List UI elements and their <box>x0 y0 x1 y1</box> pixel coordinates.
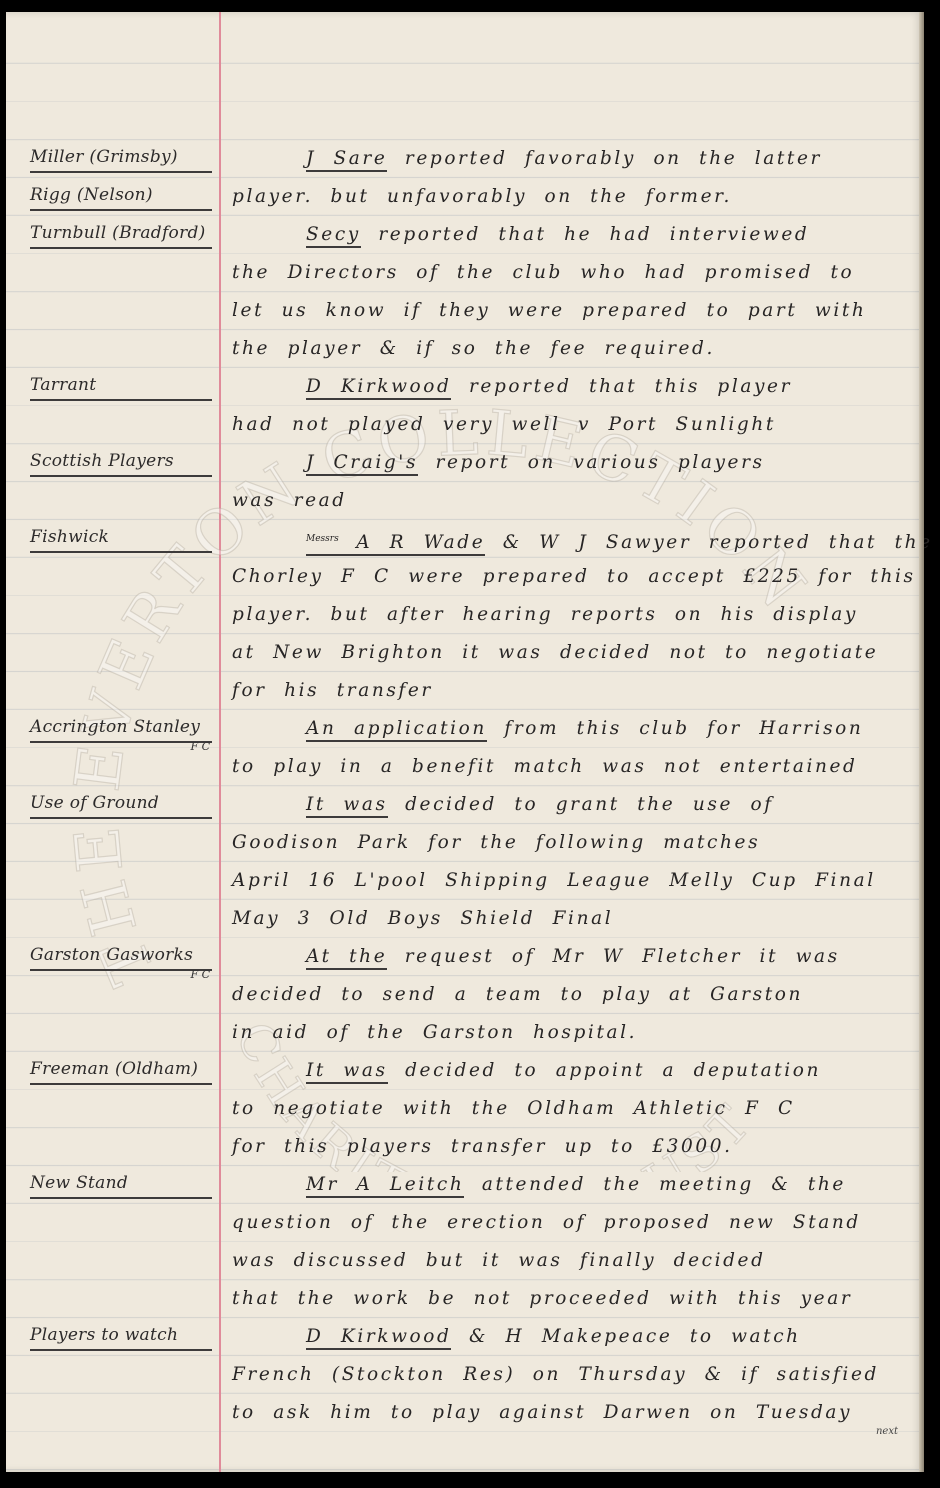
minute-line: May 3 Old Boys Shield Final <box>232 906 908 932</box>
minute-row: was read <box>6 484 924 522</box>
minute-text: reported that he had interviewed <box>361 224 810 245</box>
margin-heading: Rigg (Nelson) <box>30 182 212 211</box>
minute-text: attended the meeting & the <box>464 1174 846 1195</box>
minute-text: request of Mr W Fletcher it was <box>387 946 840 967</box>
minute-line: the Directors of the club who had promis… <box>232 260 908 286</box>
minute-row: Goodison Park for the following matches <box>6 826 924 864</box>
minute-line: It was decided to grant the use of <box>306 792 908 818</box>
minute-text: reported favorably on the latter <box>387 148 822 169</box>
minute-row: let us know if they were prepared to par… <box>6 294 924 332</box>
minute-line: the player & if so the fee required. <box>232 336 908 362</box>
minute-line: Goodison Park for the following matches <box>232 830 908 856</box>
minute-row: April 16 L'pool Shipping League Melly Cu… <box>6 864 924 902</box>
entry-accrington-stanley: Accrington Stanley F C An application fr… <box>6 712 924 750</box>
margin-heading: Tarrant <box>30 372 212 401</box>
margin-heading: Use of Ground <box>30 790 212 819</box>
minute-row: had not played very well v Port Sunlight <box>6 408 924 446</box>
minute-text: from this club for Harrison <box>487 718 864 739</box>
minute-text: reported that this player <box>451 376 792 397</box>
entry-miller: Miller (Grimsby) J Sare reported favorab… <box>6 142 924 180</box>
margin-heading: Fishwick <box>30 524 212 553</box>
minute-subject: J Sare <box>306 148 387 172</box>
minute-subject: An application <box>306 718 487 742</box>
minute-text: & H Makepeace to watch <box>451 1326 800 1347</box>
minute-row: decided to send a team to play at Garsto… <box>6 978 924 1016</box>
margin-heading: Turnbull (Bradford) <box>30 220 212 249</box>
minute-text: decided to grant the use of <box>388 794 774 815</box>
minute-text: decided to appoint a deputation <box>388 1060 821 1081</box>
minute-line: had not played very well v Port Sunlight <box>232 412 908 438</box>
minute-subject: J Craig's <box>306 452 418 476</box>
minute-line: It was decided to appoint a deputation <box>306 1058 908 1084</box>
minute-line: was read <box>232 488 908 514</box>
subject-names: A R Wade <box>356 532 485 553</box>
minute-line: Secy reported that he had interviewed <box>306 222 908 248</box>
minute-row: at New Brighton it was decided not to ne… <box>6 636 924 674</box>
minute-row: question of the erection of proposed new… <box>6 1206 924 1244</box>
minute-row: the player & if so the fee required. <box>6 332 924 370</box>
minute-line: D Kirkwood reported that this player <box>306 374 908 400</box>
minute-line: Mr A Leitch attended the meeting & the <box>306 1172 908 1198</box>
entry-tarrant: Tarrant D Kirkwood reported that this pl… <box>6 370 924 408</box>
minute-line: to negotiate with the Oldham Athletic F … <box>232 1096 908 1122</box>
margin-heading: Scottish Players <box>30 448 212 477</box>
entry-garston-gasworks: Garston Gasworks F C At the request of M… <box>6 940 924 978</box>
superscript-note: next <box>876 1426 898 1437</box>
entry-players-to-watch: Players to watch D Kirkwood & H Makepeac… <box>6 1320 924 1358</box>
minute-row: for this players transfer up to £3000. <box>6 1130 924 1168</box>
margin-heading: Freeman (Oldham) <box>30 1056 212 1085</box>
minute-line: J Craig's report on various players <box>306 450 908 476</box>
entry-rigg: Rigg (Nelson) player. but unfavorably on… <box>6 180 924 218</box>
minute-line: in aid of the Garston hospital. <box>232 1020 908 1046</box>
minute-row: French (Stockton Res) on Thursday & if s… <box>6 1358 924 1396</box>
entry-turnbull: Turnbull (Bradford) Secy reported that h… <box>6 218 924 256</box>
entry-freeman: Freeman (Oldham) It was decided to appoi… <box>6 1054 924 1092</box>
minute-subject: It was <box>306 794 388 818</box>
minute-subject: D Kirkwood <box>306 376 451 400</box>
margin-heading: Garston Gasworks <box>30 942 212 971</box>
minute-line: for his transfer <box>232 678 908 704</box>
minute-line: player. but after hearing reports on his… <box>232 602 908 628</box>
entry-scottish-players: Scottish Players J Craig's report on var… <box>6 446 924 484</box>
minute-row: to play in a benefit match was not enter… <box>6 750 924 788</box>
minute-text: report on various players <box>418 452 765 473</box>
minute-text: & W J Sawyer reported that the <box>485 532 932 553</box>
minute-row: that the work be not proceeded with this… <box>6 1282 924 1320</box>
entry-fishwick: Fishwick Messrs A R Wade & W J Sawyer re… <box>6 522 924 560</box>
minute-line: Chorley F C were prepared to accept £225… <box>232 564 908 590</box>
minute-line: At the request of Mr W Fletcher it was <box>306 944 908 970</box>
margin-heading: Accrington Stanley <box>30 714 212 743</box>
minute-line: that the work be not proceeded with this… <box>232 1286 908 1312</box>
minute-row: May 3 Old Boys Shield Final <box>6 902 924 940</box>
minute-line: D Kirkwood & H Makepeace to watch <box>306 1324 908 1350</box>
minute-row: to negotiate with the Oldham Athletic F … <box>6 1092 924 1130</box>
minute-row: in aid of the Garston hospital. <box>6 1016 924 1054</box>
minute-row: Chorley F C were prepared to accept £225… <box>6 560 924 598</box>
minute-line: player. but unfavorably on the former. <box>232 184 908 210</box>
honorific: Messrs <box>306 534 339 544</box>
minute-subject: Messrs A R Wade <box>306 532 485 556</box>
minute-line: decided to send a team to play at Garsto… <box>232 982 908 1008</box>
minute-subject: At the <box>306 946 387 970</box>
minute-line: for this players transfer up to £3000. <box>232 1134 908 1160</box>
minute-subject: It was <box>306 1060 388 1084</box>
minute-line: April 16 L'pool Shipping League Melly Cu… <box>232 868 908 894</box>
minute-line: question of the erection of proposed new… <box>232 1210 908 1236</box>
minute-line: to play in a benefit match was not enter… <box>232 754 908 780</box>
minute-line: was discussed but it was finally decided <box>232 1248 908 1274</box>
margin-heading: Miller (Grimsby) <box>30 144 212 173</box>
margin-heading: New Stand <box>30 1170 212 1199</box>
margin-heading: Players to watch <box>30 1322 212 1351</box>
minute-line: J Sare reported favorably on the latter <box>306 146 908 172</box>
minute-line: at New Brighton it was decided not to ne… <box>232 640 908 666</box>
minute-row: for his transfer <box>6 674 924 712</box>
minute-row: was discussed but it was finally decided <box>6 1244 924 1282</box>
entry-use-of-ground: Use of Ground It was decided to grant th… <box>6 788 924 826</box>
minute-line: to ask him to play against Darwen on Tue… <box>232 1400 908 1426</box>
minute-book-page: THE EVERTON COLLECTION CHARITABLE TRUST … <box>6 12 924 1472</box>
entry-new-stand: New Stand Mr A Leitch attended the meeti… <box>6 1168 924 1206</box>
minute-subject: D Kirkwood <box>306 1326 451 1350</box>
minute-row: to ask him to play against Darwen on Tue… <box>6 1396 924 1434</box>
minute-line: French (Stockton Res) on Thursday & if s… <box>232 1362 908 1388</box>
minute-line: An application from this club for Harris… <box>306 716 908 742</box>
minute-line: let us know if they were prepared to par… <box>232 298 908 324</box>
minute-row: the Directors of the club who had promis… <box>6 256 924 294</box>
minute-subject: Secy <box>306 224 361 248</box>
minute-subject: Mr A Leitch <box>306 1174 464 1198</box>
minute-row: player. but after hearing reports on his… <box>6 598 924 636</box>
minute-line: Messrs A R Wade & W J Sawyer reported th… <box>306 526 908 556</box>
